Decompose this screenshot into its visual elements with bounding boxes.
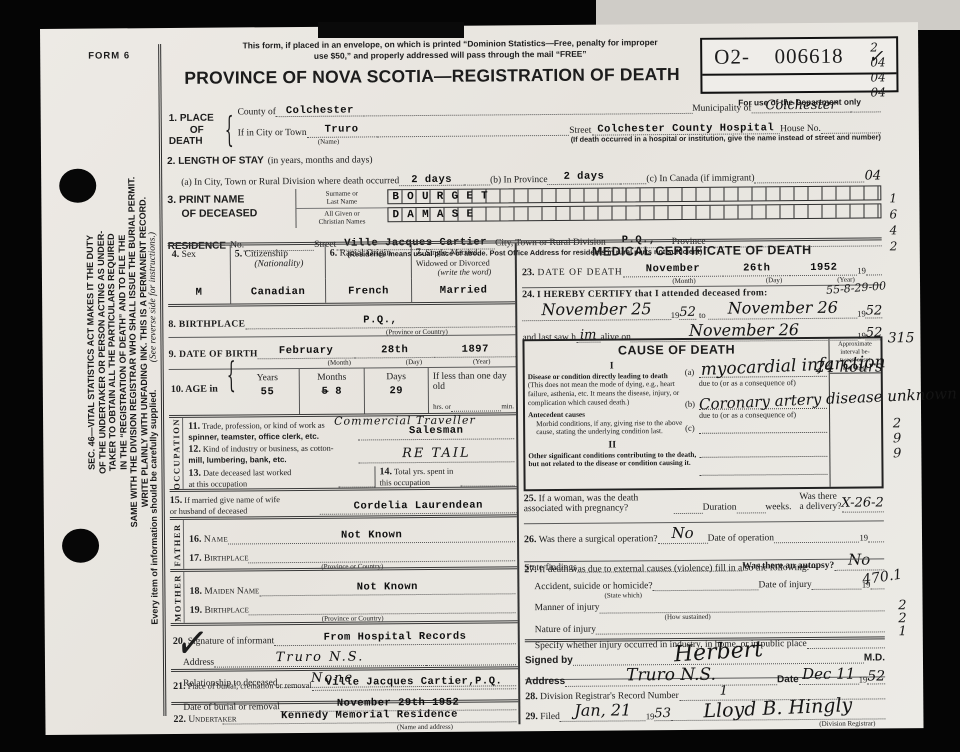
age-months: 5 8 [300,387,363,398]
scan-edge [318,22,464,38]
external-label: If death was due to external causes (vio… [539,563,819,575]
dob-month: February [279,345,334,357]
cause-a-interval: 24 hours [816,359,883,375]
name-caption: (Name) [318,138,339,147]
signed-address-label: Address [525,676,565,687]
mother-name-label: Maiden Name [204,586,259,596]
cause-b-value: Coronary artery disease unknown [699,386,957,412]
citizenship-label: Citizenship [245,249,288,259]
mother-birthplace-label: Birthplace [204,605,248,615]
section-spouse: 15. If married give name of wifeor husba… [170,486,517,517]
racial-origin-label: Racial Origin [340,248,392,258]
field-number: 1. [169,113,177,124]
racial-origin-value: French [348,285,389,297]
marital-value: Married [440,284,488,296]
mother-block: MOTHER 18. Maiden Name Not Known 19. Bir… [170,566,517,623]
city-label: If in City or Town [238,127,307,138]
father-name-value: Not Known [341,529,402,541]
industry-label: Kind of industry or business, as cotton- [203,444,334,454]
demographics-table: 4. Sex 5. Citizenship(Nationality) 6. Ra… [168,243,515,307]
citizenship-value: Canadian [251,286,306,298]
death-day: 26th [743,262,770,274]
street-caption: (If death occurred in a hospital or inst… [571,133,881,144]
cause-entries: (a) myocardial infarction 24 hours due t… [699,359,828,476]
length-of-stay-label: LENGTH OF STAY [178,155,264,167]
mother-side-label: MOTHER [172,574,182,622]
surname-cells: BOURGET [387,185,881,204]
registration-number: 006618 [750,43,868,69]
undertaker-value: Kennedy Memorial Residence [281,709,458,722]
less-than-day-label: If less than one day old [433,371,514,393]
informant-address-label: Address [183,657,214,668]
signed-date-value: Dec 11 [802,665,855,683]
marital-label: Single, Married, [425,248,479,257]
section-birthplace: 8. BIRTHPLACE P.Q., (Province or Country… [168,304,515,337]
section-place-of-death: 1. PLACE OF DEATH { County of Colchester… [167,98,881,147]
spouse-value: Cordelia Laurendean [354,500,483,513]
see-reverse-note: (See reverse side for instructions.) [147,214,158,380]
section-signed: Signed by Herbert M.D. Address Truro N.S… [525,636,885,679]
margin-note: 2 04 04 04 [870,40,886,100]
stay-canada-label: (c) In Canada (if immigrant) [646,173,754,184]
spouse-label: If married give name of wife [184,495,280,505]
municipality-label: Municipality of [692,103,751,114]
filed-year: 53 [654,707,671,721]
section-burial: 21. Place of burial, cremation or remova… [171,666,518,702]
burial-place-label: Place of burial, cremation or removal [188,680,312,690]
stay-city-value: 2 days [399,174,464,186]
stay-canada-code: 04 [865,169,882,182]
stay-province-label: (b) In Province [490,175,548,186]
section-date-of-death: 23. DATE OF DEATH November 26th 1952 19 … [522,256,882,287]
father-block: FATHER 16. Name Not Known 17. Birthplace… [170,514,517,569]
occupation-side-label: OCCUPATION [171,417,182,489]
page-title: PROVINCE OF NOVA SCOTIA—REGISTRATION OF … [184,64,684,89]
industry-value: RE TAIL [402,446,471,462]
attended-from-year: 52 [679,306,696,320]
birthplace-value: P.Q., [363,314,397,326]
print-name-label: PRINT NAME [179,193,244,206]
interval-code: 315 [888,330,915,348]
sex-label: Sex [182,250,196,260]
nature-label: Nature of injury [535,624,596,635]
registration-number-box: O2- 006618 ✓ [700,36,898,94]
delivery-code: X-26-2 [841,495,884,510]
informant-label: Signature of informant [188,636,275,647]
father-name-label: Name [204,534,228,544]
statute-notice: SEC. 46—VITAL STATISTICS ACT MAKES IT TH… [83,59,151,645]
informant-value: From Hospital Records [324,631,467,644]
operation-value: No [671,524,693,542]
physician-signature: Herbert [673,639,763,666]
section-date-of-birth: 9. DATE OF BIRTH February 28th 1897 (Mon… [168,334,515,369]
age-days: 29 [365,386,428,397]
attended-from: November 25 [541,300,651,320]
section-external-causes: 470.1 2 2 1 27. If death was due to exte… [524,558,885,639]
dob-label: DATE OF BIRTH [179,349,258,360]
section-informant: 20. Signature of informant From Hospital… [171,620,518,669]
attended-to: November 26 [728,298,838,318]
pregnancy-label: If a woman, was the death [539,493,639,504]
cause-of-death-box: CAUSE OF DEATH Approximateinterval be- t… [522,336,883,491]
date-of-death-label: DATE OF DEATH [537,267,622,278]
surname-value: BOURGET [392,191,496,203]
mail-notice: This form, if placed in an envelope, on … [224,37,676,62]
sex-value: M [196,287,203,299]
section-attended: 55-8-29-00 24. I HEREBY CERTIFY that I a… [522,284,882,337]
death-year: 1952 [810,262,837,274]
injury-codes: 2 2 1 [898,599,907,638]
registration-prefix: O2- [714,44,750,69]
occupation-handwritten: Commercial Traveller [334,415,476,427]
cause-codes: 2 9 9 [893,416,902,461]
mother-name-value: Not Known [357,581,418,593]
stay-province-value: 2 days [564,171,605,183]
record-number-value: 1 [720,684,728,699]
field-label: PLACE [180,113,214,124]
registrar-signature: Lloyd B. Hingly [703,696,853,721]
father-birthplace-label: Birthplace [204,553,248,563]
county-label: County of [238,107,276,118]
attended-to-year: 52 [866,305,883,319]
manner-label: Manner of injury [535,603,600,614]
operation-label: Was there a surgical operation? [539,534,658,545]
last-worked-label: Date deceased last worked [203,468,291,478]
city-value: Truro [325,124,359,136]
father-side-label: FATHER [171,523,181,566]
county-value: Colchester [276,105,364,117]
trade-label: Trade, profession, or kind of work as [202,421,325,431]
age-label: AGE in [185,384,218,395]
dob-day: 28th [381,344,408,356]
signed-year: 52 [867,669,885,684]
md-label: M.D. [864,652,885,663]
filed-label: Filed [540,712,560,722]
birthplace-label: BIRTHPLACE [179,319,246,330]
total-years-label: Total yrs. spent in [394,467,453,476]
given-name-value: DAMASE [392,210,481,222]
cause-descriptions: I Disease or condition directly leading … [528,360,697,469]
burial-place-value: Ville Jacques Cartier,P.Q. [325,675,502,688]
given-name-cells: DAMASE [387,203,881,222]
section-filed: 29. Filed Jan, 21 19 53 Lloyd B. Hingly … [525,696,885,723]
dob-year: 1897 [462,343,489,355]
section-operation: 26. Was there a surgical operation? No D… [524,520,884,561]
informant-address-value: Truro N.S. [276,649,365,665]
stay-city-label: (a) In City, Town or Rural Division wher… [181,176,399,188]
margin-note: 1 6 4 2 [889,190,897,254]
age-years: 55 [236,387,299,398]
death-registration-form: FORM 6 SEC. 46—VITAL STATISTICS ACT MAKE… [40,22,924,735]
section-age: 10. AGE in { Years 55 Months 5 8 [169,366,516,415]
section-length-of-stay: 2. LENGTH OF STAY (in years, months and … [167,150,881,188]
occupation-block: OCCUPATION Commercial Traveller 11. Trad… [169,412,517,489]
death-month: November [646,263,701,275]
section-pregnancy: 25. If a woman, was the deathassociated … [524,488,884,523]
other-conditions-label: Other significant conditions contributin… [528,451,696,470]
every-item-note: Every item of information should be care… [148,375,160,639]
signed-address-value: Truro N.S. [626,665,716,686]
signed-by-label: Signed by [525,655,573,666]
filed-date: Jan, 21 [574,700,631,719]
municipality-value: Colchester [751,99,850,114]
